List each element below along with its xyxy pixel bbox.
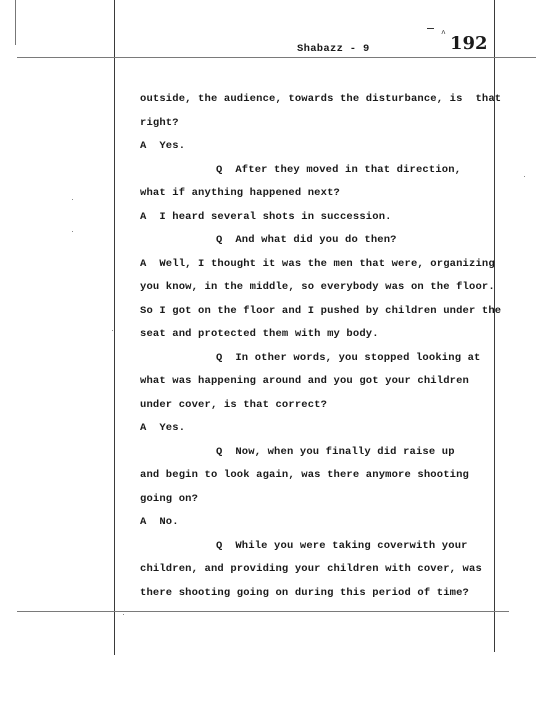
answer-line: A Yes. (140, 135, 500, 159)
transcript-line: seat and protected them with my body. (140, 323, 500, 347)
page-mark-dash (427, 28, 434, 29)
question-line: Q And what did you do then? (140, 229, 500, 253)
transcript-line: right? (140, 112, 500, 136)
page-number: 192 (450, 33, 488, 54)
corner-mark-line (15, 0, 16, 45)
transcript-line: there shooting going on during this peri… (140, 582, 500, 606)
transcript-body: outside, the audience, towards the distu… (140, 88, 500, 605)
footer-rule (17, 611, 509, 612)
transcript-line: outside, the audience, towards the distu… (140, 88, 500, 112)
scan-speck (123, 614, 124, 615)
answer-line: A Yes. (140, 417, 500, 441)
page-header-title: Shabazz - 9 (297, 43, 370, 55)
question-line: Q Now, when you finally did raise up (140, 441, 500, 465)
scan-speck (112, 330, 113, 331)
caret-mark-icon: ^ (441, 31, 446, 39)
transcript-line: So I got on the floor and I pushed by ch… (140, 300, 500, 324)
transcript-line: and begin to look again, was there anymo… (140, 464, 500, 488)
question-line: Q While you were taking coverwith your (140, 535, 500, 559)
transcript-line: going on? (140, 488, 500, 512)
scan-speck (72, 231, 73, 232)
left-margin-line (114, 0, 115, 655)
answer-line: A I heard several shots in succession. (140, 206, 500, 230)
transcript-line: children, and providing your children wi… (140, 558, 500, 582)
scan-speck (72, 199, 73, 200)
answer-line: A No. (140, 511, 500, 535)
question-line: Q After they moved in that direction, (140, 159, 500, 183)
transcript-line: you know, in the middle, so everybody wa… (140, 276, 500, 300)
transcript-line: what was happening around and you got yo… (140, 370, 500, 394)
question-line: Q In other words, you stopped looking at (140, 347, 500, 371)
transcript-line: what if anything happened next? (140, 182, 500, 206)
transcript-line: under cover, is that correct? (140, 394, 500, 418)
header-rule (17, 57, 536, 58)
scan-speck (524, 176, 525, 177)
answer-line: A Well, I thought it was the men that we… (140, 253, 500, 277)
